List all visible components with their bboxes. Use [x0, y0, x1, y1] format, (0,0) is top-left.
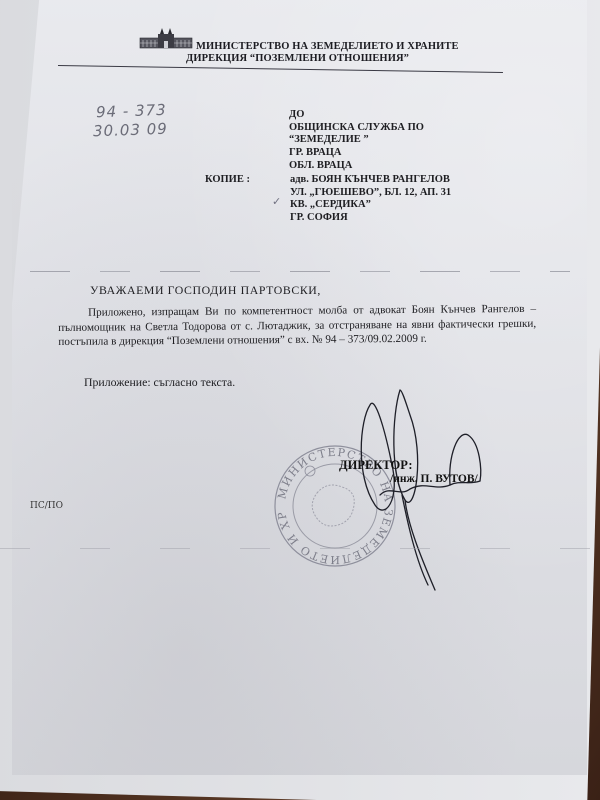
ministry-name: МИНИСТЕРСТВО НА ЗЕМЕДЕЛИЕТО И ХРАНИТЕ	[196, 41, 459, 52]
addressee-line: “ЗЕМЕДЕЛИЕ ”	[289, 134, 424, 147]
letter-body: Приложено, изпращам Ви по компетентност …	[58, 302, 536, 350]
copy-line: УЛ. „ГЮЕШЕВО”, БЛ. 12, АП. 31	[290, 187, 451, 200]
addressee-line: ОБЩИНСКА СЛУЖБА ПО	[289, 122, 424, 135]
copy-label: КОПИЕ :	[205, 174, 250, 185]
copy-line: ГР. СОФИЯ	[290, 212, 451, 225]
letter-paragraph: Приложено, изпращам Ви по компетентност …	[58, 302, 536, 350]
addressee-line: ОБЛ. ВРАЦА	[289, 160, 424, 173]
lower-divider	[0, 548, 600, 549]
copy-line: адв. БОЯН КЪНЧЕВ РАНГЕЛОВ	[290, 174, 451, 187]
copy-recipient-block: адв. БОЯН КЪНЧЕВ РАНГЕЛОВ УЛ. „ГЮЕШЕВО”,…	[290, 174, 451, 224]
handwritten-reference-number: 94 - 373	[96, 101, 167, 121]
author-initials: ПС/ПО	[30, 501, 63, 511]
ministry-building-emblem-icon	[138, 28, 194, 50]
addressee-line: ДО	[289, 109, 424, 122]
handwritten-date: 30.03 09	[93, 120, 168, 141]
handwritten-signature-icon	[330, 385, 500, 595]
addressee-block: ДО ОБЩИНСКА СЛУЖБА ПО “ЗЕМЕДЕЛИЕ ” ГР. В…	[289, 109, 424, 172]
director-name: /инж. П. ВУТОВ/	[390, 473, 478, 485]
salutation: УВАЖАЕМИ ГОСПОДИН ПАРТОВСКИ,	[90, 283, 321, 298]
copy-line: КВ. „СЕРДИКА”	[290, 199, 451, 212]
section-divider	[30, 271, 570, 272]
attachment-note: Приложение: съгласно текста.	[84, 375, 235, 390]
directorate-name: ДИРЕКЦИЯ “ПОЗЕМЛЕНИ ОТНОШЕНИЯ”	[186, 53, 409, 64]
check-mark-icon: ✓	[272, 195, 281, 208]
director-title: ДИРЕКТОР:	[339, 458, 413, 473]
addressee-line: ГР. ВРАЦА	[289, 147, 424, 160]
